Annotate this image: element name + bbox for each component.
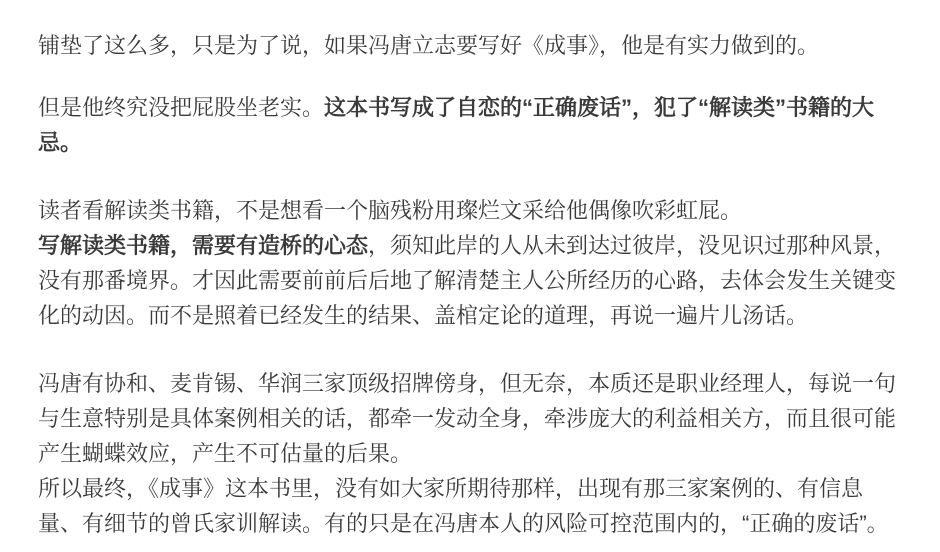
text-segment-bold: 写解读类书籍，需要有造桥的心态 bbox=[38, 233, 368, 258]
text-segment: 没有那番境界。才因此需要前前后后地了解清楚主人公所经历的心路，去体会发生关键变 bbox=[38, 268, 896, 293]
text-segment: 产生蝴蝶效应，产生不可估量的后果。 bbox=[38, 441, 412, 466]
text-line: 写解读类书籍，需要有造桥的心态，须知此岸的人从未到达过彼岸，没见识过那种风景， bbox=[38, 228, 918, 263]
article-body: 铺垫了这么多，只是为了说，如果冯唐立志要写好《成事》，他是有实力做到的。但是他终… bbox=[0, 0, 940, 541]
text-segment-bold: 这本书写成了自恋的“正确废话”，犯了“解读类”书籍的大 bbox=[324, 95, 874, 120]
text-line: 忌。 bbox=[38, 125, 918, 160]
text-line: 量、有细节的曾氏家训解读。有的只是在冯唐本人的风险可控范围内的，“正确的废话”。 bbox=[38, 506, 918, 541]
text-segment: 所以最终，《成事》这本书里，没有如大家所期待那样，出现有那三家案例的、有信息 bbox=[38, 476, 863, 501]
para-conclusion: 冯唐有协和、麦肯锡、华润三家顶级招牌傍身，但无奈，本质还是职业经理人，每说一句与… bbox=[38, 366, 918, 541]
text-segment-bold: 忌。 bbox=[38, 130, 82, 155]
text-line: 化的动因。而不是照着已经发生的结果、盖棺定论的道理，再说一遍片儿汤话。 bbox=[38, 298, 918, 333]
text-segment: 与生意特别是具体案例相关的话，都牵一发动全身，牵涉庞大的利益相关方，而且很可能 bbox=[38, 406, 896, 431]
text-line: 所以最终，《成事》这本书里，没有如大家所期待那样，出现有那三家案例的、有信息 bbox=[38, 471, 918, 506]
text-segment: 化的动因。而不是照着已经发生的结果、盖棺定论的道理，再说一遍片儿汤话。 bbox=[38, 303, 808, 328]
text-line: 但是他终究没把屁股坐老实。这本书写成了自恋的“正确废话”，犯了“解读类”书籍的大 bbox=[38, 90, 918, 125]
text-line: 产生蝴蝶效应，产生不可估量的后果。 bbox=[38, 436, 918, 471]
text-segment: 读者看解读类书籍，不是想看一个脑残粉用璨烂文采给他偶像吹彩虹屁。 bbox=[38, 198, 742, 223]
text-line: 铺垫了这么多，只是为了说，如果冯唐立志要写好《成事》，他是有实力做到的。 bbox=[38, 28, 918, 63]
text-line: 与生意特别是具体案例相关的话，都牵一发动全身，牵涉庞大的利益相关方，而且很可能 bbox=[38, 401, 918, 436]
text-segment: 量、有细节的曾氏家训解读。有的只是在冯唐本人的风险可控范围内的，“正确的废话”。 bbox=[38, 511, 889, 536]
text-line: 冯唐有协和、麦肯锡、华润三家顶级招牌傍身，但无奈，本质还是职业经理人，每说一句 bbox=[38, 366, 918, 401]
text-segment: 但是他终究没把屁股坐老实。 bbox=[38, 95, 324, 120]
para-verdict: 但是他终究没把屁股坐老实。这本书写成了自恋的“正确废话”，犯了“解读类”书籍的大… bbox=[38, 90, 918, 160]
text-segment: ，须知此岸的人从未到达过彼岸，没见识过那种风景， bbox=[368, 233, 896, 258]
text-segment: 冯唐有协和、麦肯锡、华润三家顶级招牌傍身，但无奈，本质还是职业经理人，每说一句 bbox=[38, 371, 896, 396]
text-line: 没有那番境界。才因此需要前前后后地了解清楚主人公所经历的心路，去体会发生关键变 bbox=[38, 263, 918, 298]
para-intro: 铺垫了这么多，只是为了说，如果冯唐立志要写好《成事》，他是有实力做到的。 bbox=[38, 28, 918, 63]
text-segment: 铺垫了这么多，只是为了说，如果冯唐立志要写好《成事》，他是有实力做到的。 bbox=[38, 33, 819, 58]
text-line: 读者看解读类书籍，不是想看一个脑残粉用璨烂文采给他偶像吹彩虹屁。 bbox=[38, 193, 918, 228]
para-reader-expectation: 读者看解读类书籍，不是想看一个脑残粉用璨烂文采给他偶像吹彩虹屁。写解读类书籍，需… bbox=[38, 193, 918, 333]
